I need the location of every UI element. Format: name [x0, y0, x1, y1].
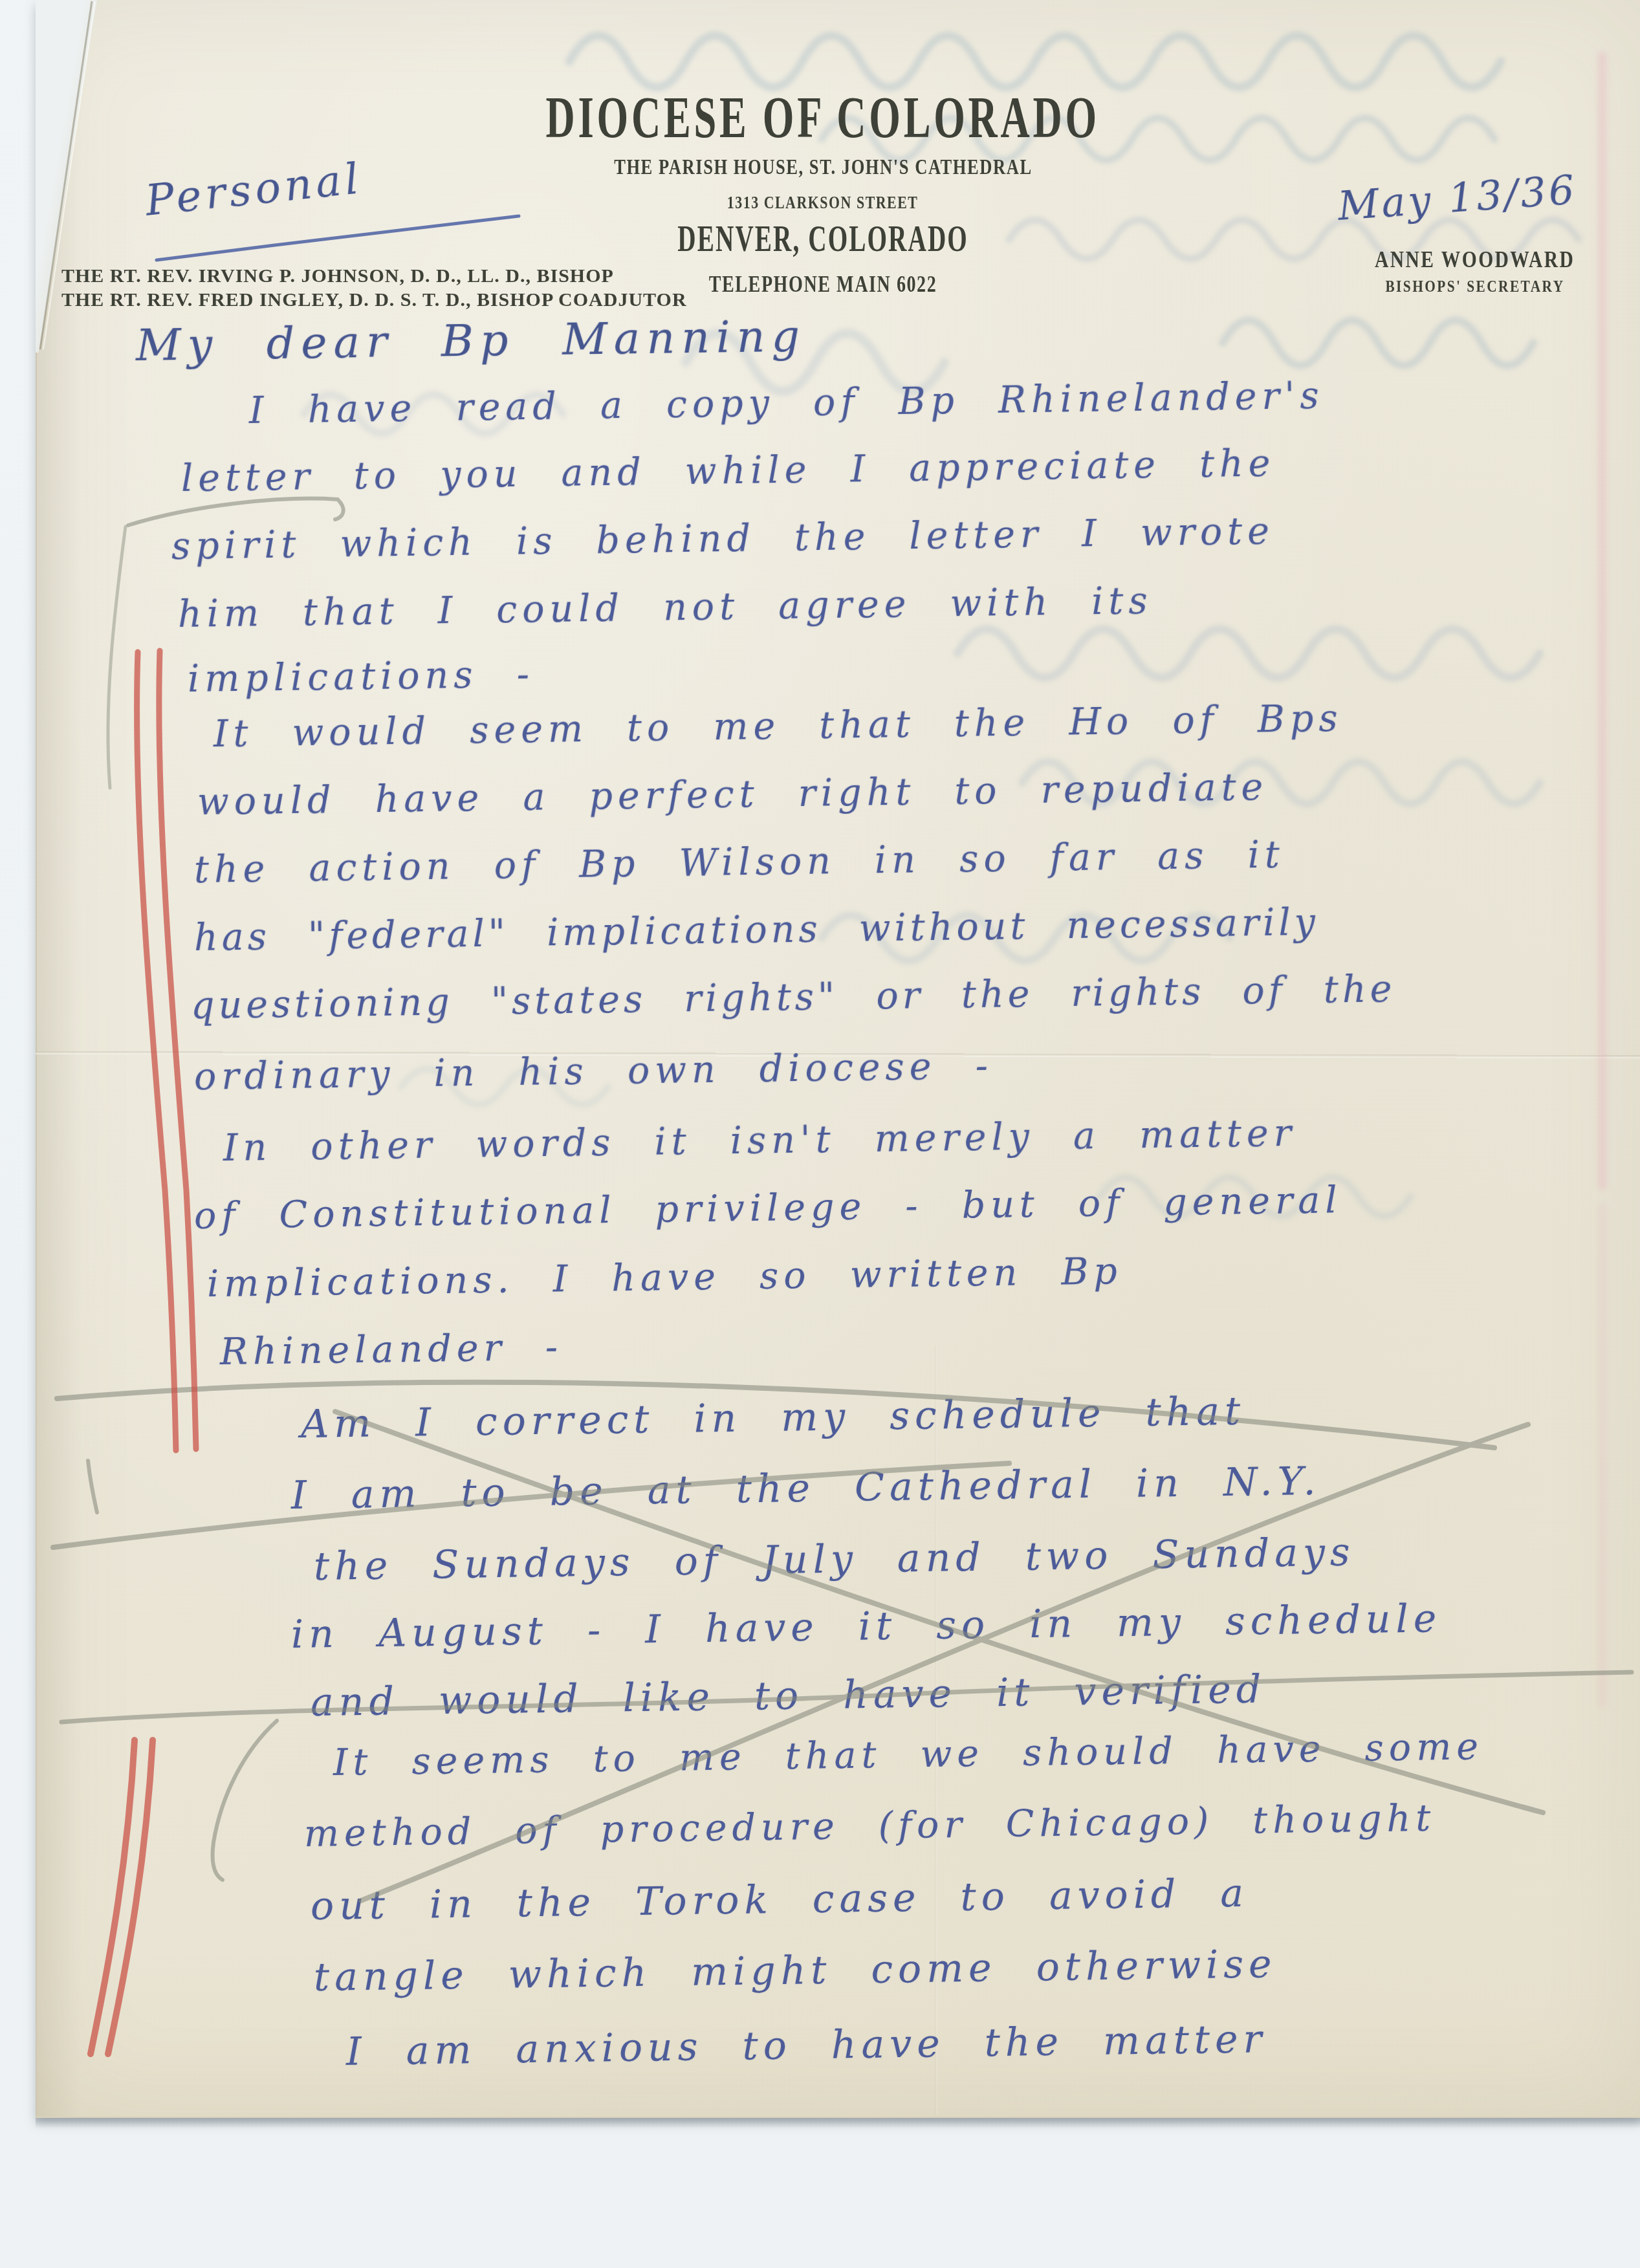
letterhead-secretary-name-text: ANNE WOODWARD	[1375, 246, 1575, 273]
letterhead-bishops-block: THE RT. REV. IRVING P. JOHNSON, D. D., L…	[61, 264, 687, 312]
letterhead-title: DIOCESE OF COLORADO	[322, 83, 1324, 151]
scanned-letter-page: DIOCESE OF COLORADO THE PARISH HOUSE, ST…	[0, 0, 1640, 2268]
letterhead-city-line: DENVER, COLORADO	[322, 219, 1324, 260]
pink-scan-streak-lower	[1598, 1203, 1606, 1708]
letterhead-bishop-line: THE RT. REV. IRVING P. JOHNSON, D. D., L…	[61, 264, 687, 288]
paper-bottom-shadow	[36, 2118, 1640, 2128]
letterhead-address-line-2: 1313 CLARKSON STREET	[322, 193, 1324, 213]
letterhead-bishop-line: THE RT. REV. FRED INGLEY, D. D. S. T. D.…	[61, 288, 687, 312]
letterhead-secretary-title-text: BISHOPS' SECRETARY	[1385, 277, 1564, 296]
letterhead-city-line-text: DENVER, COLORADO	[677, 219, 968, 260]
vertical-fold-crease	[935, 1346, 937, 2115]
body-line: implications -	[188, 653, 535, 701]
letterhead-address-line-1: THE PARISH HOUSE, ST. JOHN'S CATHEDRAL	[322, 155, 1324, 180]
letterhead-bishop-line-2-text: THE RT. REV. FRED INGLEY, D. D. S. T. D.…	[61, 289, 687, 311]
letterhead-bishop-line-1-text: THE RT. REV. IRVING P. JOHNSON, D. D., L…	[61, 265, 614, 287]
body-line: Rhinelander -	[220, 1326, 563, 1373]
letterhead-telephone-line-text: TELEPHONE MAIN 6022	[709, 270, 937, 298]
salutation-line: My dear Bp Manning	[135, 311, 806, 371]
letterhead-address-line-1-text: THE PARISH HOUSE, ST. JOHN'S CATHEDRAL	[614, 155, 1033, 180]
letterhead-title-text: DIOCESE OF COLORADO	[546, 83, 1100, 151]
pink-scan-streak	[1598, 52, 1606, 1190]
letterhead-secretary-title: BISHOPS' SECRETARY	[1281, 277, 1640, 296]
letterhead-secretary-name: ANNE WOODWARD	[1281, 246, 1640, 273]
letterhead-address-line-2-text: 1313 CLARKSON STREET	[727, 193, 919, 213]
